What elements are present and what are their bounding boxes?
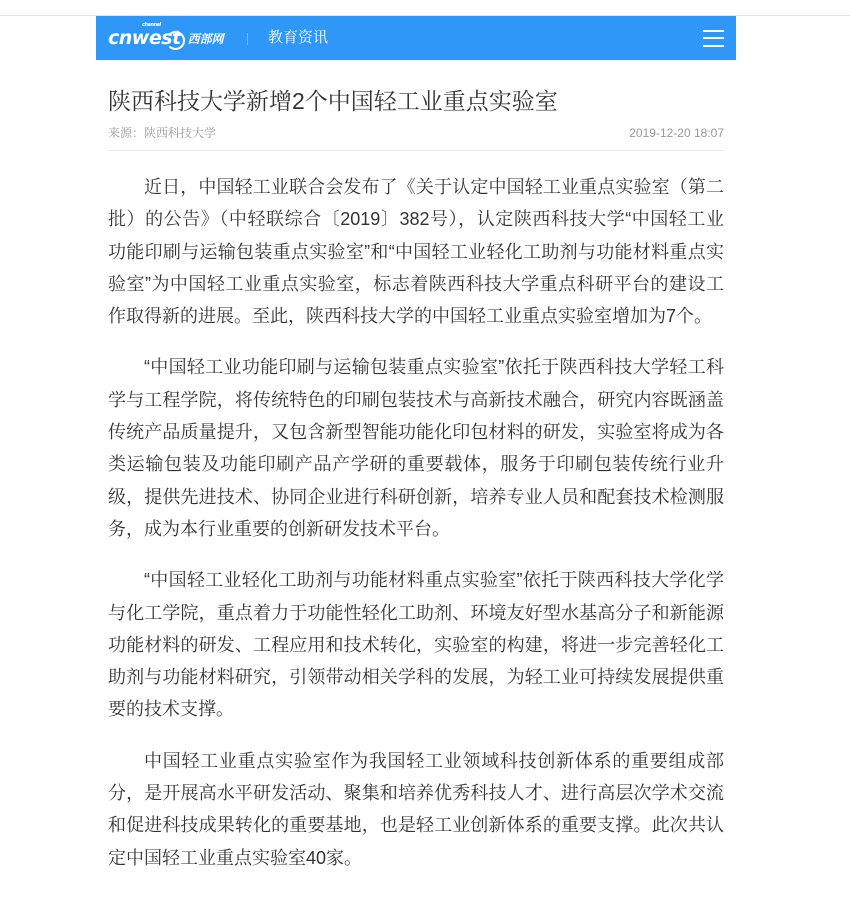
article-title: 陕西科技大学新增2个中国轻工业重点实验室 (108, 60, 724, 116)
logo-channel-label: channel (142, 22, 161, 28)
section-title[interactable]: 教育资讯 (268, 28, 328, 48)
header-separator (247, 33, 248, 45)
article: 陕西科技大学新增2个中国轻工业重点实验室 来源：陕西科技大学 2019-12-2… (96, 60, 736, 874)
article-datetime: 2019-12-20 18:07 (629, 124, 724, 142)
logo-text: cnwes (108, 27, 172, 49)
article-paragraph: “中国轻工业功能印刷与运输包装重点实验室”依托于陕西科技大学轻工科学与工程学院，… (108, 351, 724, 545)
article-meta: 来源：陕西科技大学 2019-12-20 18:07 (108, 124, 724, 151)
hamburger-menu-button[interactable] (703, 30, 724, 47)
article-paragraph: 近日，中国轻工业联合会发布了《关于认定中国轻工业重点实验室（第二批）的公告》（中… (108, 171, 724, 332)
logo-wordmark: channel cnwes (108, 27, 172, 49)
hamburger-menu-icon (703, 45, 724, 47)
logo-cn-name: 西部网 (188, 30, 224, 47)
hamburger-menu-icon (703, 30, 724, 32)
hamburger-menu-icon (703, 37, 724, 39)
site-logo[interactable]: channel cnwes t 西部网 (108, 22, 224, 54)
logo-swirl-letter: t (172, 27, 181, 49)
article-paragraph: 中国轻工业重点实验室作为我国轻工业领域科技创新体系的重要组成部分，是开展高水平研… (108, 745, 724, 874)
article-body: 近日，中国轻工业联合会发布了《关于认定中国轻工业重点实验室（第二批）的公告》（中… (108, 151, 724, 874)
page-container: channel cnwes t 西部网 教育资讯 陕西科技大学新增2个中国轻工业… (96, 16, 736, 893)
site-header: channel cnwes t 西部网 教育资讯 (96, 16, 736, 60)
article-paragraph: “中国轻工业轻化工助剂与功能材料重点实验室”依托于陕西科技大学化学与化工学院，重… (108, 564, 724, 725)
article-source: 来源：陕西科技大学 (108, 124, 216, 142)
